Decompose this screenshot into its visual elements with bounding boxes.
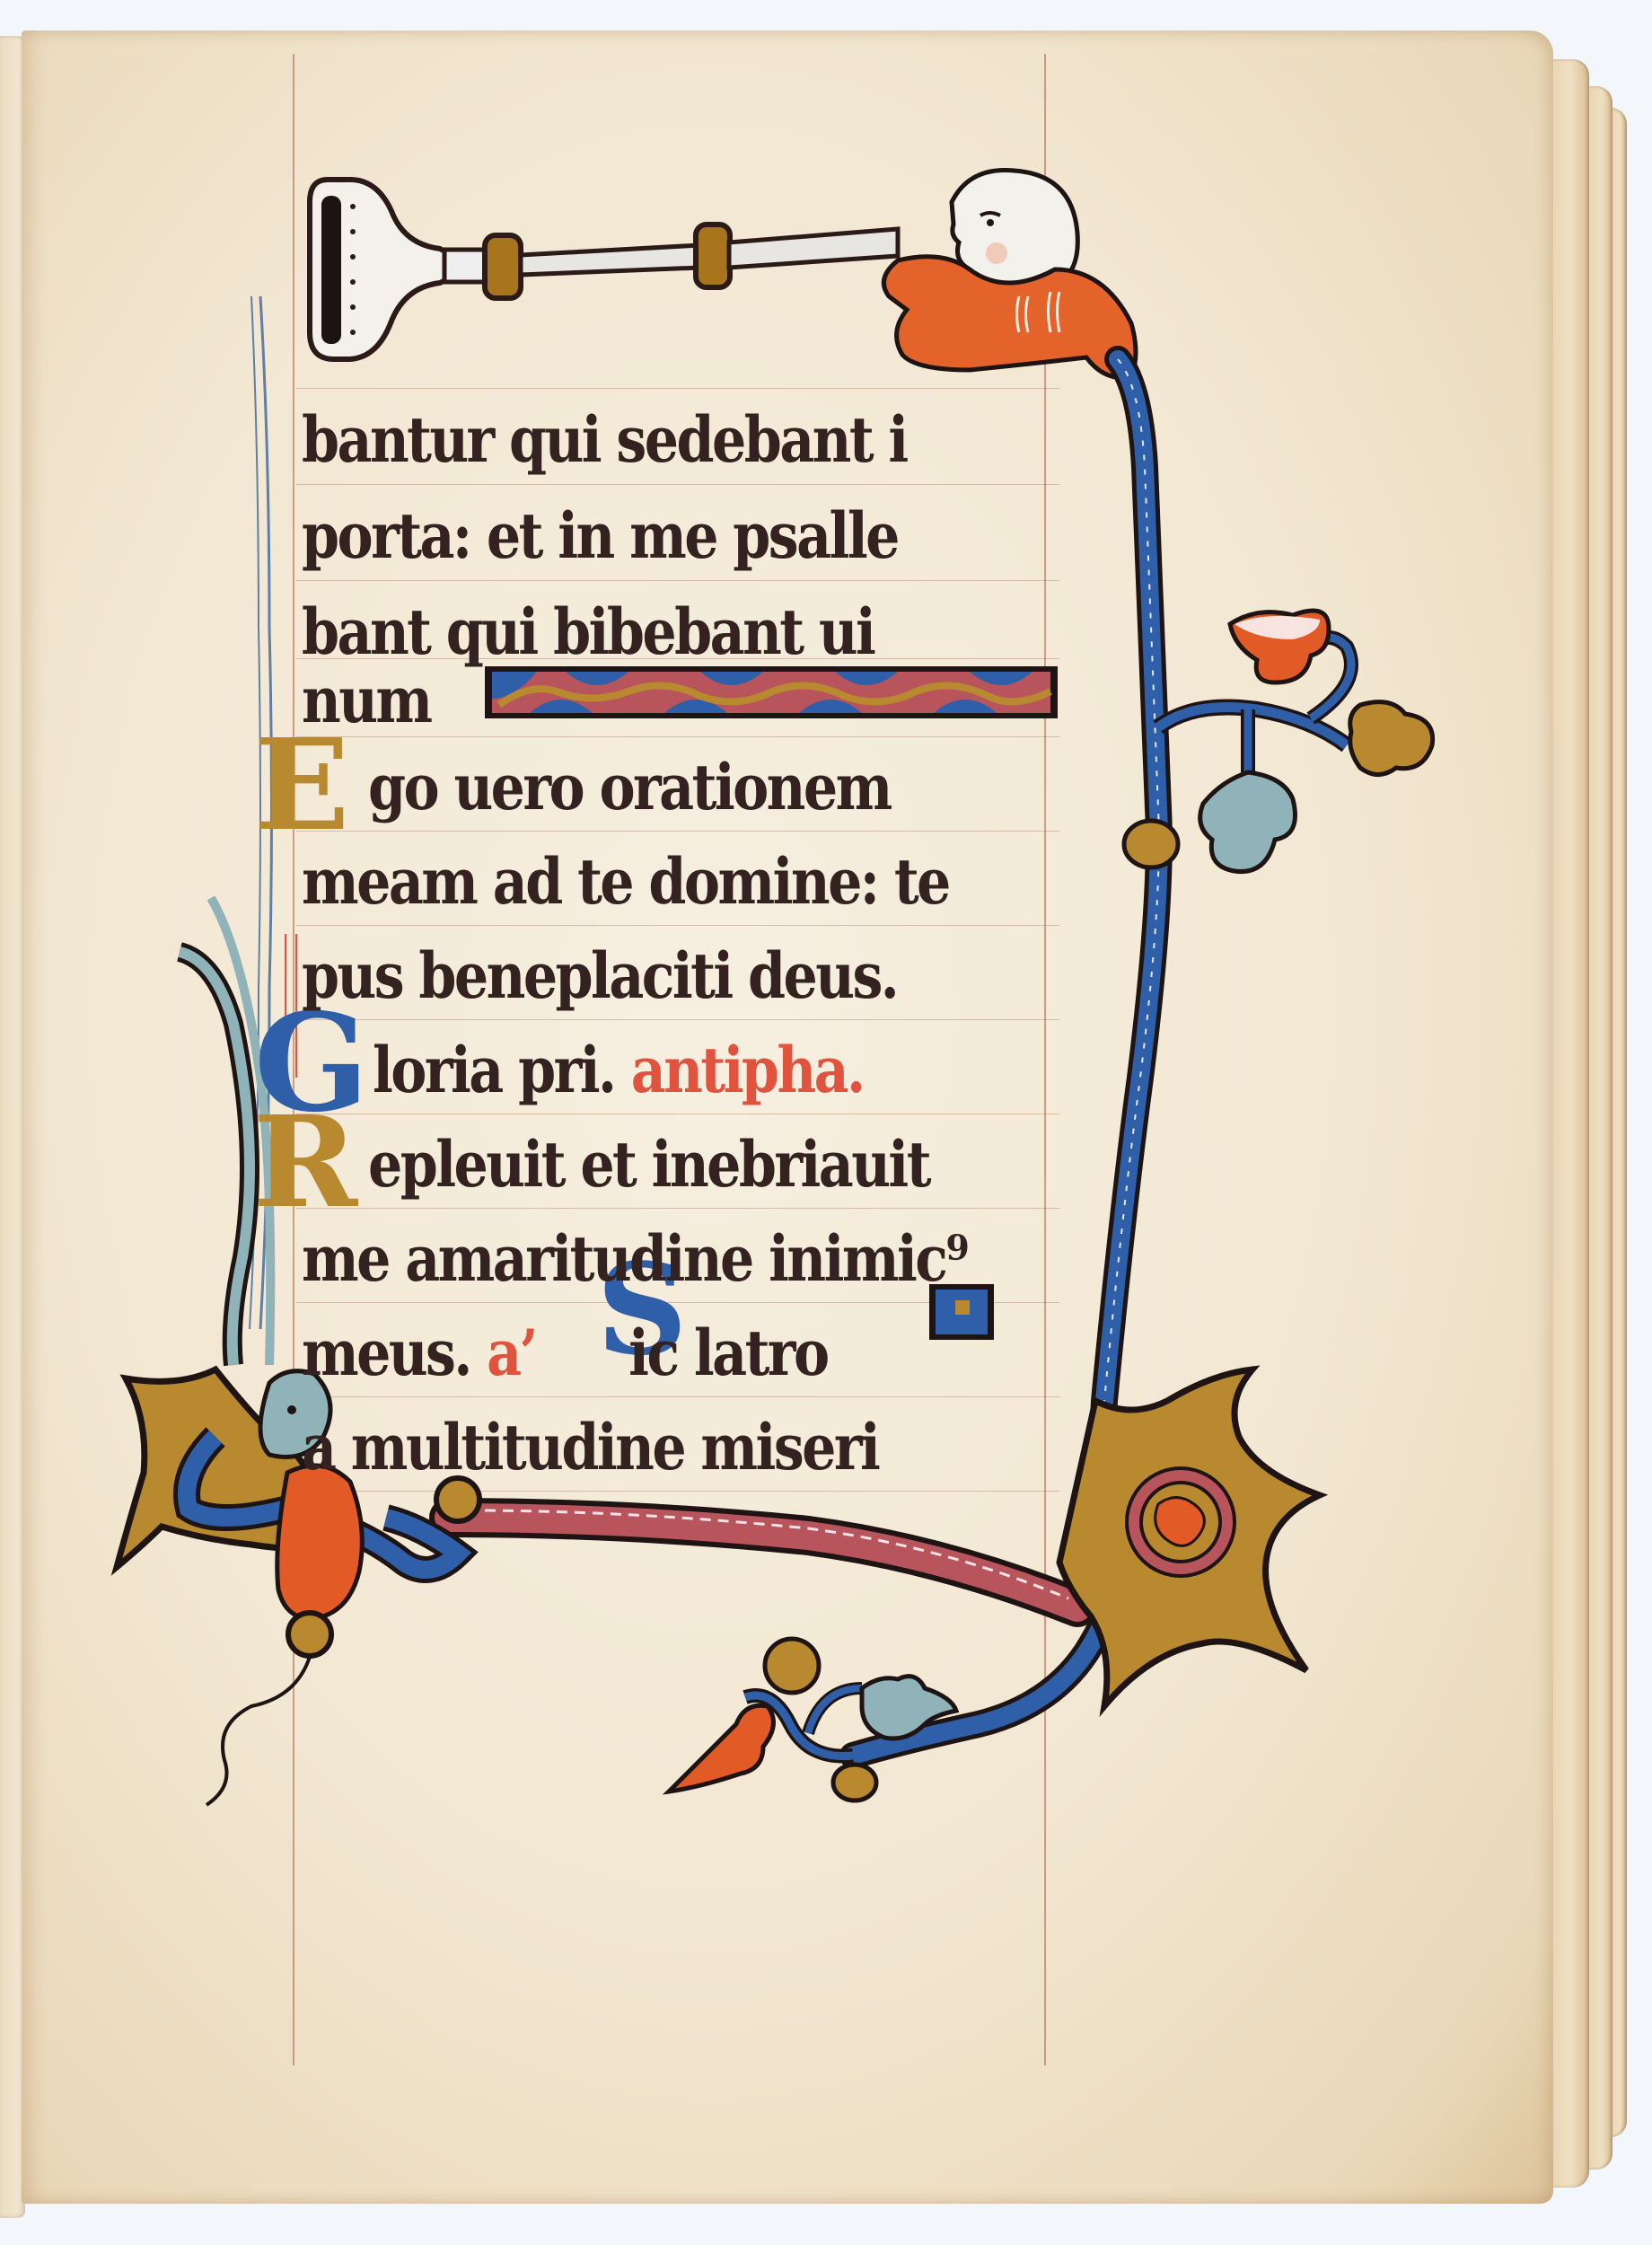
text: me amaritudine inimic⁹ — [302, 1221, 967, 1296]
text: a multitudine miseri — [302, 1410, 878, 1484]
text: num — [302, 663, 430, 737]
text: meam ad te domine: te — [302, 844, 949, 919]
text-line-11: meus. a’ic latro — [302, 1308, 950, 1398]
text: bantur qui sedebant i — [302, 402, 907, 477]
bottom-ivy-sprig — [669, 1639, 956, 1800]
text: ic latro — [628, 1316, 827, 1390]
text: pus beneplaciti deus. — [302, 938, 897, 1013]
text-line-2: porta: et in me psalle — [302, 491, 950, 581]
text-line-4: num — [302, 656, 950, 745]
initial-r: R — [251, 1114, 359, 1212]
trumpet-icon — [310, 180, 898, 359]
text-line-6: meam ad te domine: te — [302, 837, 950, 927]
rubric-text: antipha. — [631, 1033, 864, 1107]
rubric-text: a’ — [487, 1316, 536, 1390]
bottom-border-bar — [436, 1478, 1077, 1607]
text-line-10: me amaritudine inimic⁹ — [302, 1214, 950, 1304]
text-line-1: bantur qui sedebant i — [302, 395, 950, 485]
text-line-8: loria pri. antipha. — [373, 1026, 1021, 1115]
text-line-12: a multitudine miseri — [302, 1403, 950, 1492]
text: porta: et in me psalle — [302, 498, 898, 573]
text-line-7: pus beneplaciti deus. — [302, 931, 950, 1021]
text: loria pri. — [373, 1033, 614, 1107]
text-line-9: epleuit et inebriauit — [368, 1120, 1016, 1210]
text: epleuit et inebriauit — [368, 1127, 929, 1202]
trumpeter-figure — [883, 170, 1136, 377]
text: meus. — [302, 1316, 470, 1390]
text: go uero orationem — [368, 750, 891, 824]
text-line-5: go uero orationem — [368, 743, 1016, 832]
initial-e: E — [244, 736, 359, 835]
